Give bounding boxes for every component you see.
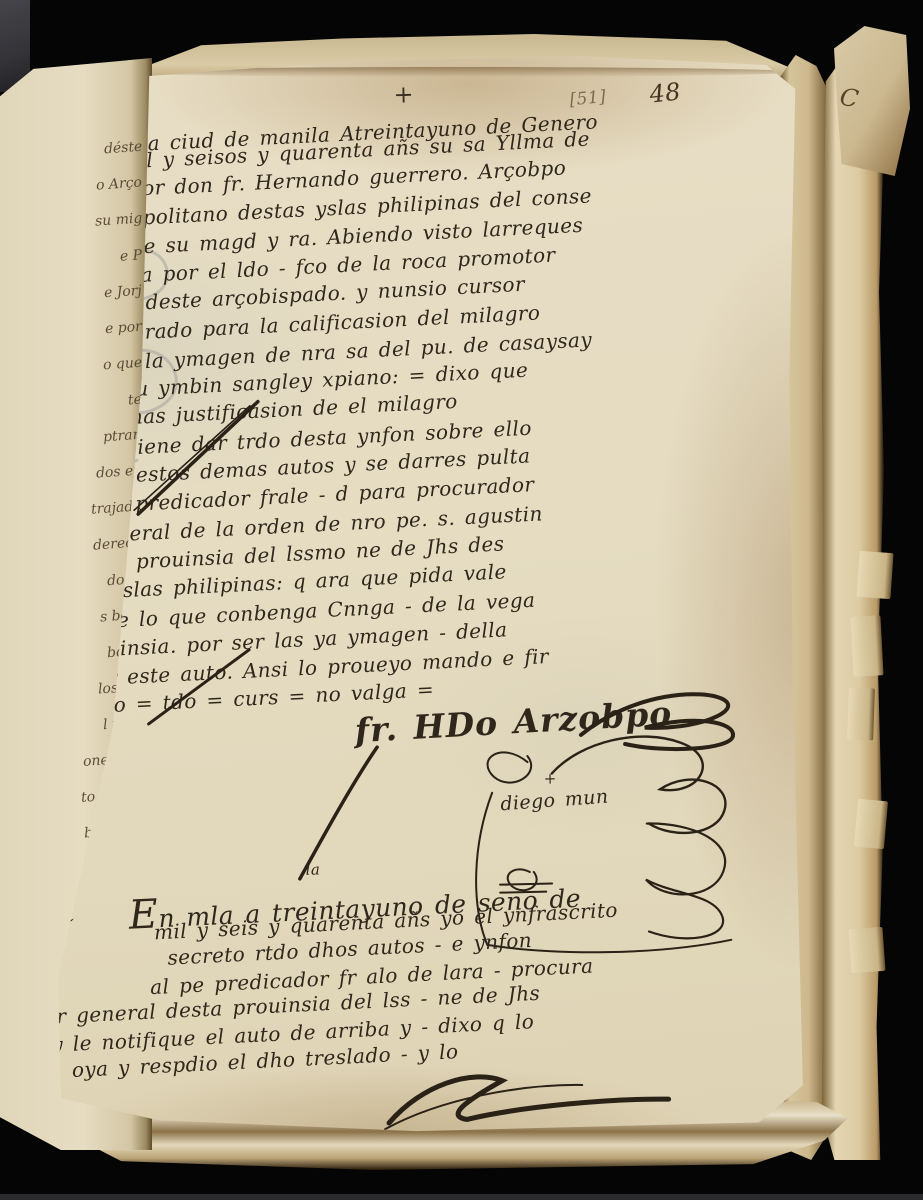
manuscript-content: + [51] 48 Auto En la ciud de manila Atre…: [41, 44, 824, 1150]
edge-letter: C: [838, 83, 861, 114]
torn-paper-fragment: [847, 688, 875, 741]
torn-paper-fragment: [856, 551, 893, 599]
photo-bottom-strip: [0, 1194, 923, 1200]
photograph-scene: C désteo Arçosu mige Pe Jorje poro quete…: [0, 0, 923, 1200]
folio-number: 48: [648, 77, 682, 108]
top-right-page-corner: C: [834, 26, 910, 176]
facing-page-fragment: o Arço: [96, 174, 143, 193]
final-rubric-flourish: [382, 1059, 683, 1135]
facing-page-fragment: e por: [105, 319, 143, 338]
margin-pen-slash: [145, 646, 257, 728]
facing-page-fragment: e P: [119, 247, 142, 265]
facing-page-fragment: o que: [102, 355, 142, 374]
margin-pen-slash: [132, 396, 264, 519]
rubric-cross: +: [544, 769, 557, 787]
torn-paper-fragment: [854, 799, 888, 849]
torn-paper-fragment: [849, 927, 886, 973]
manuscript-page: + [51] 48 Auto En la ciud de manila Atre…: [52, 52, 812, 1142]
torn-paper-fragment: [850, 615, 883, 676]
invocation-cross: +: [393, 80, 414, 108]
facing-page-fragment: e Jorj: [104, 283, 143, 302]
superscript-la: la: [305, 860, 320, 878]
facing-page-fragment: su mig: [94, 210, 142, 229]
facing-page-fragment: déste: [103, 139, 142, 158]
page-edge-stack-outer: [822, 48, 884, 1160]
